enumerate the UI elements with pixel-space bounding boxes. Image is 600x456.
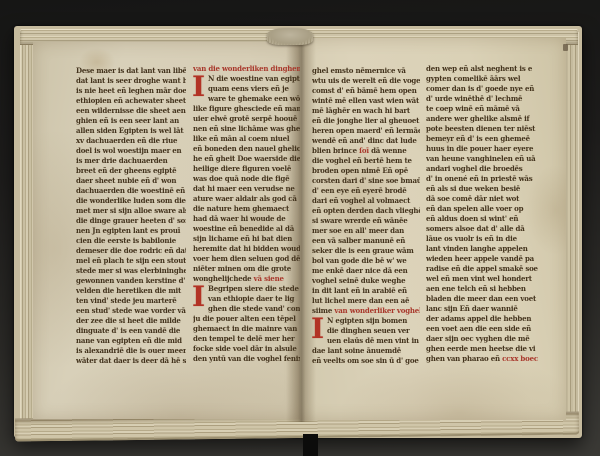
manuscript-line: lant vinden langhe appelen [426,244,538,254]
ink-text: te coep winē eñ māmē vā [426,104,520,113]
manuscript-line: was doe quā node die figē [193,174,300,184]
ink-text: blien brince [312,146,359,155]
right-column-2: den wep eñ alst neghent is egypten comel… [426,64,538,364]
manuscript-line: andere wer ghelike alsmē if [426,114,538,124]
ink-text: lut lichel mere dan een aē [312,296,409,305]
manuscript-line: demeser die doe rodric eñ dat [76,246,186,256]
ink-text: mel eñ plach te sijn een stoute [76,256,186,265]
ink-text: in dit lant eñ in arabiē eñ [312,286,407,295]
manuscript-line: den wep eñ alst neghent is e [426,64,538,74]
manuscript-line: heren open maerd' eñ lermāe [312,126,420,136]
ink-text: like figure ghesciede eñ man [193,104,300,113]
ink-text: eñ als si due weken besiē [426,184,520,193]
ink-text: een vā salber manunē eñ [312,236,405,245]
ink-text: breet eñ der gheens egiptē [76,166,176,175]
rubric-initial: I [193,282,205,312]
ink-text: een voet aen die een side eñ [426,324,531,333]
manuscript-line: eñ aldus doen si wint' eñ [426,214,538,224]
manuscript-line: ju die pouer alten een tēpel [193,314,300,324]
ink-text: een stud' stede wae vorder vā [76,306,186,315]
ink-text: quam eens viers eñ je [208,84,289,93]
manuscript-line: wonghelijchede vā siene [193,274,300,284]
ink-text: dinguate d' is een vandē die [76,326,180,335]
ink-text: xv dachuaerden eñ die riue [76,136,177,145]
ink-text: heremite dat hi bidden woude [193,244,300,253]
ink-text: der zee die si heet die milde [76,316,181,325]
manuscript-line: ethiopien eñ achewater sheet [76,96,186,106]
ink-text: die dinghen seuen ver [327,326,410,335]
manuscript-line: uen elaūs dē men vint in [312,336,420,346]
ink-text: focke side voel dār in alsule [193,344,297,353]
manuscript-line: siime van wonderliker voghel' [312,306,420,316]
manuscript-line: lut lichel mere dan een aē [312,296,420,306]
manuscript-line: van heune vanghinelen eñ uā [426,154,538,164]
left-column-1: Dese maer is dat lant van libēdat lant i… [76,66,186,366]
ink-text: wieden heer appele vandē pa [426,254,534,263]
manuscript-line: dae lant soine ānuemdē [312,346,420,356]
ink-text: broden open nimē Eñ opē [312,166,408,175]
manuscript-line: doel is wol woestijn maer en [76,146,186,156]
ink-text: velden die heretiken die mit [76,286,181,295]
photo-background: Dese maer is dat lant van libēdat lant i… [0,0,600,456]
manuscript-line: seker die is een graue wām [312,246,420,256]
ink-text: seker die is een graue wām [312,246,414,255]
ink-text: eñ die jonghe lier al gheuoet [312,116,419,125]
manuscript-line: aen ene telch eñ si hebben [426,284,538,294]
manuscript-line: wtu uis de werelt eñ die vogel [312,76,420,86]
ink-text: daer sheet nubie eñ d' won [76,176,176,185]
ink-text: dat lant is seer droghe want hē [76,76,186,85]
ink-text: corsten dari d' sine soe bmaū [312,176,420,185]
ink-text: dachuaerden die woestinē eñ [76,186,185,195]
ink-text: demeser die doe rodric eñ dat [76,246,186,255]
manuscript-line: eñ die jonghe lier al gheuoet [312,116,420,126]
ink-text: heren open maerd' eñ lermāe [312,126,420,135]
manuscript-line: bladen die meer dan een voet [426,294,538,304]
manuscript-line: der zee die si heet die milde [76,316,186,326]
rubric-text: ſoī [359,146,369,155]
manuscript-line: stede mer si was elerbininghe [76,266,186,276]
ink-text: met mer si sijn alloe sware als [76,206,186,215]
ink-text: bol van gode die bē w' we [312,256,406,265]
ink-text: mē lāghēr en wach hi bart [312,106,410,115]
ink-text: me enkē daer nice dā een [312,266,408,275]
manuscript-line: Dese maer is dat lant van libē [76,66,186,76]
ink-text: doel is wol woestijn maer en [76,146,181,155]
ink-text: uier elwē grotē serpē hoouē [193,114,297,123]
manuscript-line: corsten dari d' sine soe bmaū [312,176,420,186]
ink-text: wtu uis de werelt eñ die vogel [312,76,420,85]
manuscript-line: d' een eye eñ eyerē brodē [312,186,420,196]
ink-text: ghen die stede vand' conīc [208,304,300,313]
book-support-strip [303,434,318,456]
manuscript-line: gewonnen vanden kerstine d' om [76,276,186,286]
left-column-2: IIvan die wonderliken dinghenN die woest… [193,64,300,364]
manuscript-line: he eñ gheit Doe waerside die [193,154,300,164]
ink-text: dari eñ voghel al volmaect [312,196,410,205]
ink-text: Begripen siere die stede [208,284,299,293]
manuscript-line: gypten comelikē āārs wel [426,74,538,84]
ink-text: stede mer si was elerbininghe [76,266,186,275]
ink-text: den yntū van die voghel fenix [193,354,300,363]
manuscript-line: pote beesten dienen ter niēst [426,124,538,134]
ink-text: andere wer ghelike alsmē if [426,114,529,123]
manuscript-line: eñ dan spelen alle voer op [426,204,538,214]
ink-text: sijn lichame eñ hi bat dien [193,234,292,243]
ink-text: lanc sijn Eñ daer wanniē [426,304,518,313]
manuscript-line: eñ veelts om soe sin ū d' goe [312,356,420,366]
manuscript-line: mē lāghēr en wach hi bart [312,106,420,116]
manuscript-line: ghemaect in die mainre van [193,324,300,334]
manuscript-line: like figure ghesciede eñ man [193,104,300,114]
manuscript-line: ghen van pharao eñ ccxx boec [426,354,538,364]
manuscript-line: uier elwē grotē serpē hoouē [193,114,300,124]
manuscript-line: dinguate d' is een vandē die [76,326,186,336]
ink-text: wendē eñ and' dinc dat lude [312,136,417,145]
manuscript-line: N die woestine van egipte [193,74,300,84]
ink-text: eñ opten derden dach vlieghē [312,206,420,215]
ink-text: pote beesten dienen ter niēst [426,124,535,133]
ink-text: d' een eye eñ eyerē brodē [312,186,406,195]
spine-head-fold [267,28,313,45]
ink-text: is mer drie dachuaerden [76,156,168,165]
manuscript-line: comer dan is d' goede nye eñ [426,84,538,94]
ink-text: eñ dan spelen alle voer op [426,204,523,213]
ink-text: die dinge grauer heeten d' son [76,216,186,225]
ink-text: gypten comelikē āārs wel [426,74,520,83]
manuscript-line: daer sheet nubie eñ d' won [76,176,186,186]
ink-text: ghel emsto nēmernice vā [312,66,406,75]
manuscript-line: wāter dat daer is deer dā hē scāt [76,356,186,366]
ink-text: had dā waer hi woude de [193,214,285,223]
ink-text: den wep eñ alst neghent is e [426,64,532,73]
manuscript-line: heremite dat hi bidden woude [193,244,300,254]
ink-text: wāter dat daer is deer dā hē scāt [76,356,186,365]
manuscript-line: is nie heet eñ leghen mār doer [76,86,186,96]
manuscript-line: van ethiopie daer te lig [193,294,300,304]
manuscript-line: den tempel te delē mer her [193,334,300,344]
manuscript-line: N egipten sijn bomen [312,316,420,326]
ink-text: der adams appel die hebben [426,314,531,323]
manuscript-line: mel eñ plach te sijn een stoute [76,256,186,266]
manuscript-line: bemeyr eñ d' is een ghemeē [426,134,538,144]
manuscript-line: is mer drie dachuaerden [76,156,186,166]
ink-text: ten vind' stede jeu marterē [76,296,177,305]
ink-text: den tempel te delē mer her [193,334,294,343]
manuscript-line: een wildernisse die sheet aen [76,106,186,116]
ink-text: dā soe comē dār niet wot [426,194,519,203]
manuscript-line: ghen eerde men heetse die vi [426,344,538,354]
manuscript-line: sijn lichame eñ hi bat dien [193,234,300,244]
ink-text: dae lant soine ānuemdē [312,346,401,355]
manuscript-line: radise eñ die appel smakē soe [426,264,538,274]
ink-text: was doe quā node die figē [193,174,289,183]
ink-text: voghel seinē duke weghe [312,276,405,285]
manuscript-line: nane van egipten eñ die mid [76,336,186,346]
manuscript-line: eñ als si due weken besiē [426,184,538,194]
ink-text: bemeyr eñ d' is een ghemeē [426,134,530,143]
manuscript-line: lanc sijn Eñ daer wanniē [426,304,538,314]
manuscript-line: had dā waer hi woude de [193,214,300,224]
manuscript-line: dat hi maer een verudse ne [193,184,300,194]
ink-text: ghen eerde men heetse die vi [426,344,535,353]
manuscript-line: si sware wrerde eñ wānēe [312,216,420,226]
manuscript-line: comst d' eñ bāmē hem open [312,86,420,96]
manuscript-line: me enkē daer nice dā een [312,266,420,276]
manuscript-line: d' urde winēthē d' lechmē [426,94,538,104]
ink-text: die nature hem ghemaect [193,204,289,213]
ink-text: andari voghel die broedēs [426,164,523,173]
manuscript-line: woestine eñ benedide al dā [193,224,300,234]
manuscript-line: met mer si sijn alloe sware als [76,206,186,216]
ink-text: wel eñ men vint wel hondert [426,274,532,283]
ink-text: radise eñ die appel smakē soe [426,264,538,273]
manuscript-line: een vā salber manunē eñ [312,236,420,246]
manuscript-line: een stud' stede wae vorder vā [76,306,186,316]
manuscript-line: d' in onené eñ in priestē wās [426,174,538,184]
manuscript-line: eñ opten derden dach vlieghē [312,206,420,216]
manuscript-line: voer hem dien seluen god dē [193,254,300,264]
manuscript-line: niēter minen om die grote [193,264,300,274]
ink-text: een wildernisse die sheet aen [76,106,186,115]
manuscript-line: broden open nimē Eñ opē [312,166,420,176]
ink-text: ware te ghemake een wōder [208,94,300,103]
rubric-initial: I [193,72,205,102]
ink-text: N die woestine van egipte [208,74,300,83]
ink-text: d' in onené eñ in priestē wās [426,174,532,183]
manuscript-line: nen Jn egipten lant es prouī [76,226,186,236]
manuscript-line: die dinge grauer heeten d' son [76,216,186,226]
manuscript-line: dat lant is seer droghe want hē [76,76,186,86]
manuscript-line: ghel emsto nēmernice vā [312,66,420,76]
ink-text: is alexandriē die is ouer meer [76,346,186,355]
manuscript-line: van die wonderliken dinghen [193,64,300,74]
ink-text: somers alsoe dat d' alle dā [426,224,525,233]
manuscript-line: ghien eñ is een seer lant an [76,116,186,126]
ink-text: nen Jn egipten lant es prouī [76,226,180,235]
manuscript-line: die nature hem ghemaect [193,204,300,214]
ink-text: van ethiopie daer te lig [208,294,294,303]
manuscript-line: wendē eñ and' dinc dat lude [312,136,420,146]
manuscript-line: te coep winē eñ māmē vā [426,104,538,114]
ink-text: ghemaect in die mainre van [193,324,297,333]
manuscript-line: wieden heer appele vandē pa [426,254,538,264]
manuscript-line: is alexandriē die is ouer meer [76,346,186,356]
ink-text: mer soe en all' meer dan [312,226,404,235]
manuscript-line: lāue os vuolr is eñ in die [426,234,538,244]
ink-text: d' urde winēthē d' lechmē [426,94,522,103]
manuscript-line: Begripen siere die stede [193,284,300,294]
ink-text: comst d' eñ bāmē hem open [312,86,417,95]
manuscript-line: velden die heretiken die mit [76,286,186,296]
ink-text: ghien eñ is een seer lant an [76,116,179,125]
ink-text: Dese maer is dat lant van libē [76,66,186,75]
ink-text: allen siden Egipten is wel lāt [76,126,183,135]
manuscript-line: mer soe en all' meer dan [312,226,420,236]
manuscript-line: andari voghel die broedēs [426,164,538,174]
manuscript-line: nen eñ sine lichāme was ghe [193,124,300,134]
manuscript-line: ghen die stede vand' conīc [193,304,300,314]
ink-text: ethiopien eñ achewater sheet [76,96,186,105]
manuscript-line: dā soe comē dār niet wot [426,194,538,204]
ink-text: van heune vanghinelen eñ uā [426,154,535,163]
ink-text: like eñ mān al coem niuel [193,134,289,143]
manuscript-line: wintē mē ellen vast wien wāt [312,96,420,106]
ink-text: voer hem dien seluen god dē [193,254,300,263]
ink-text: he eñ gheit Doe waerside die [193,154,300,163]
ink-text: lāue os vuolr is eñ in die [426,234,517,243]
manuscript-line: allen siden Egipten is wel lāt [76,126,186,136]
manuscript-line: die wonderlike luden som dies [76,196,186,206]
ink-text: eñ veelts om soe sin ū d' goe [312,356,419,365]
ink-text: eñ boneden den nauel ghelic [193,144,300,153]
manuscript-line: like eñ mān al coem niuel [193,134,300,144]
ink-text: nane van egipten eñ die mid [76,336,182,345]
rubric-text: vā siene [254,274,284,283]
folio-mark [563,44,568,51]
manuscript-line: der adams appel die hebben [426,314,538,324]
ink-text: lant vinden langhe appelen [426,244,528,253]
ink-text: ghen van pharao eñ [426,354,502,363]
manuscript-line: heilige diere figuren voelē [193,164,300,174]
ink-text: gewonnen vanden kerstine d' om [76,276,186,285]
ink-text: comer dan is d' goede nye eñ [426,84,534,93]
manuscript-line: die voghel eñ bertē hem te [312,156,420,166]
ink-text: daer sijn oec vyghen die mē [426,334,530,343]
manuscript-line: huus in die pouer haer eyere [426,144,538,154]
ink-text: woestine eñ benedide al dā [193,224,294,233]
manuscript-line: eñ boneden den nauel ghelic [193,144,300,154]
manuscript-line: blien brince ſoī dā wenne [312,146,420,156]
ink-text: dā wenne [369,146,407,155]
ink-text: huus in die pouer haer eyere [426,144,533,153]
ink-text: nen eñ sine lichāme was ghe [193,124,300,133]
manuscript-line: dachuaerden die woestinē eñ [76,186,186,196]
ink-text: cien die eerste is babilonie [76,236,176,245]
ink-text: si sware wrerde eñ wānēe [312,216,408,225]
ink-text: wintē mē ellen vast wien wāt [312,96,419,105]
ink-text: ju die pouer alten een tēpel [193,314,296,323]
manuscript-line: focke side voel dār in alsule [193,344,300,354]
manuscript-line: die dinghen seuen ver [312,326,420,336]
manuscript-line: ten vind' stede jeu marterē [76,296,186,306]
rubric-text: van die wonderliken dinghen [193,64,300,73]
manuscript-line: dari eñ voghel al volmaect [312,196,420,206]
manuscript-line: een voet aen die een side eñ [426,324,538,334]
ink-text: die voghel eñ bertē hem te [312,156,412,165]
manuscript-line: den yntū van die voghel fenix [193,354,300,364]
manuscript-line: cien die eerste is babilonie [76,236,186,246]
manuscript-line: daer sijn oec vyghen die mē [426,334,538,344]
rubric-text: van wonderliker voghel' [334,306,420,315]
rubric-text: ccxx boec [502,354,538,363]
ink-text: eñ aldus doen si wint' eñ [426,214,518,223]
manuscript-line: quam eens viers eñ je [193,84,300,94]
manuscript-line: breet eñ der gheens egiptē [76,166,186,176]
manuscript-line: bol van gode die bē w' we [312,256,420,266]
ink-text: aen ene telch eñ si hebben [426,284,526,293]
manuscript-line: wel eñ men vint wel hondert [426,274,538,284]
ink-text: dat hi maer een verudse ne [193,184,295,193]
manuscript-line: in dit lant eñ in arabiē eñ [312,286,420,296]
manuscript-line: ware te ghemake een wōder [193,94,300,104]
ink-text: bladen die meer dan een voet [426,294,536,303]
ink-text: heilige diere figuren voelē [193,164,291,173]
ink-text: is nie heet eñ leghen mār doer [76,86,186,95]
ink-text: N egipten sijn bomen [327,316,407,325]
manuscript-line: somers alsoe dat d' alle dā [426,224,538,234]
manuscript-line: xv dachuaerden eñ die riue [76,136,186,146]
ink-text: die wonderlike luden som dies [76,196,186,205]
ink-text: ature waer aldair als god cā [193,194,297,203]
manuscript-line: ature waer aldair als god cā [193,194,300,204]
ink-text: niēter minen om die grote [193,264,291,273]
rubric-initial: I [312,314,324,344]
ink-text: uen elaūs dē men vint in [327,336,419,345]
right-column-1: Ighel emsto nēmernice vāwtu uis de werel… [312,66,420,366]
manuscript-line: voghel seinē duke weghe [312,276,420,286]
